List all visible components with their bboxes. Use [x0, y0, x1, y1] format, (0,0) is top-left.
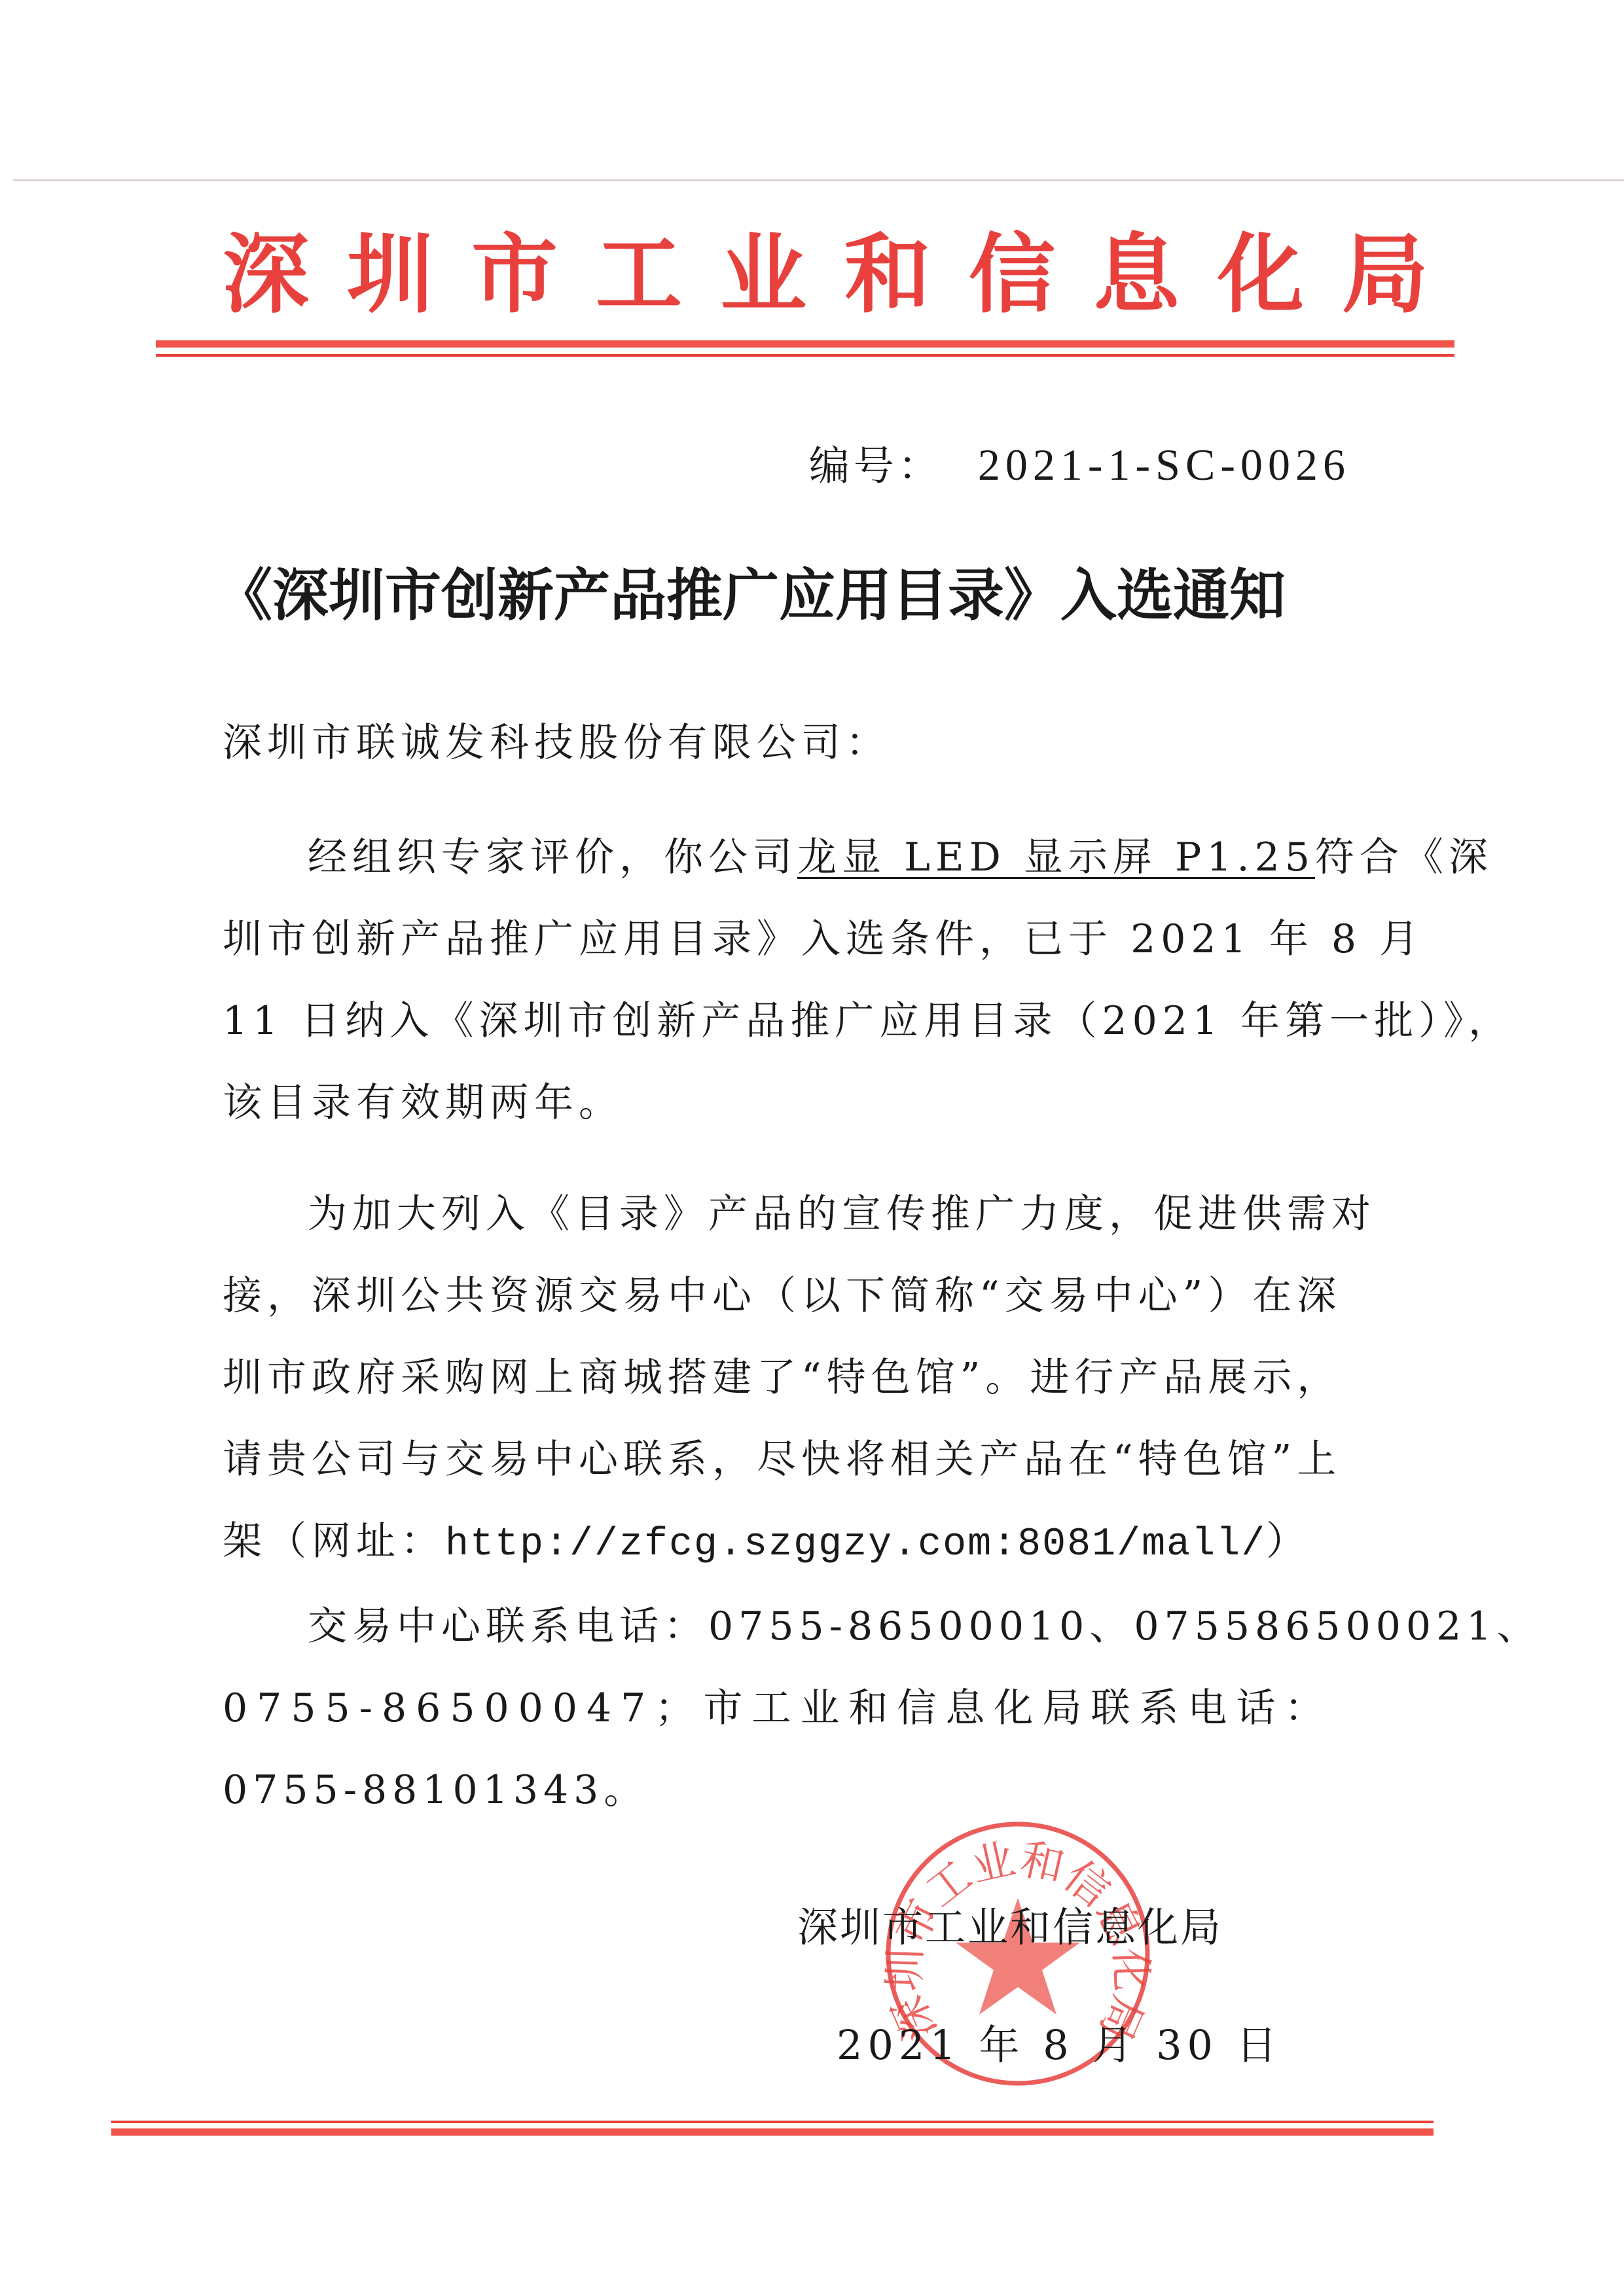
document-number: 编号：2021-1-SC-0026	[809, 439, 1350, 492]
url-suffix: ）	[1266, 1518, 1310, 1564]
recipient: 深圳市联诚发科技股份有限公司：	[223, 717, 890, 769]
signature-date: 2021 年 8 月 30 日	[837, 2019, 1282, 2072]
paragraph-1-line-2: 圳市创新产品推广应用目录》入选条件，已于 2021 年 8 月	[223, 913, 1424, 965]
paragraph-1-line-1: 经组织专家评价，你公司龙显 LED 显示屏 P1.25符合《深	[308, 831, 1493, 884]
paragraph-2-line-1: 为加大列入《目录》产品的宣传推广力度，促进供需对	[308, 1188, 1376, 1240]
paragraph-2-line-3: 圳市政府采购网上商城搭建了“特色馆”。进行产品展示，	[223, 1352, 1341, 1404]
paragraph-2-line-4: 请贵公司与交易中心联系，尽快将相关产品在“特色馆”上	[223, 1433, 1341, 1486]
document-number-label: 编号：	[809, 442, 943, 490]
scan-top-edge-line	[13, 179, 1624, 181]
paragraph-1-line-4: 该目录有效期两年。	[223, 1077, 623, 1129]
letterhead-rule-thin	[156, 354, 1454, 357]
url-prefix: 架（网址：	[223, 1518, 445, 1564]
paragraph-3-line-3: 0755-88101343。	[223, 1764, 648, 1816]
signature-issuer: 深圳市工业和信息化局	[797, 1901, 1223, 1954]
paragraph-1-prefix: 经组织专家评价，你公司	[308, 834, 797, 880]
paragraph-1-line-3: 11 日纳入《深圳市创新产品推广应用目录（2021 年第一批）》，	[223, 995, 1513, 1047]
footer-rule-thick	[111, 2128, 1434, 2136]
letterhead-issuer: 深圳市工业和信息化局	[223, 226, 1394, 324]
product-name: 龙显 LED 显示屏 P1.25	[797, 834, 1315, 880]
footer-rule-thin	[111, 2121, 1434, 2123]
letterhead-rule-thick	[156, 340, 1454, 348]
paragraph-2-line-5: 架（网址：http://zfcg.szggzy.com:8081/mall/）	[223, 1515, 1310, 1571]
mall-url-link[interactable]: http://zfcg.szggzy.com:8081/mall/	[445, 1522, 1266, 1567]
paragraph-3-line-2: 0755-86500047；市工业和信息化局联系电话：	[223, 1682, 1333, 1734]
notice-title: 《深圳市创新产品推广应用目录》入选通知	[216, 560, 1286, 632]
paragraph-1-suffix: 符合《深	[1315, 834, 1493, 880]
paragraph-2-line-2: 接，深圳公共资源交易中心（以下简称“交易中心”）在深	[223, 1270, 1341, 1322]
document-number-value: 2021-1-SC-0026	[978, 440, 1350, 490]
paragraph-3-line-1: 交易中心联系电话：0755-86500010、075586500021、	[308, 1600, 1541, 1653]
